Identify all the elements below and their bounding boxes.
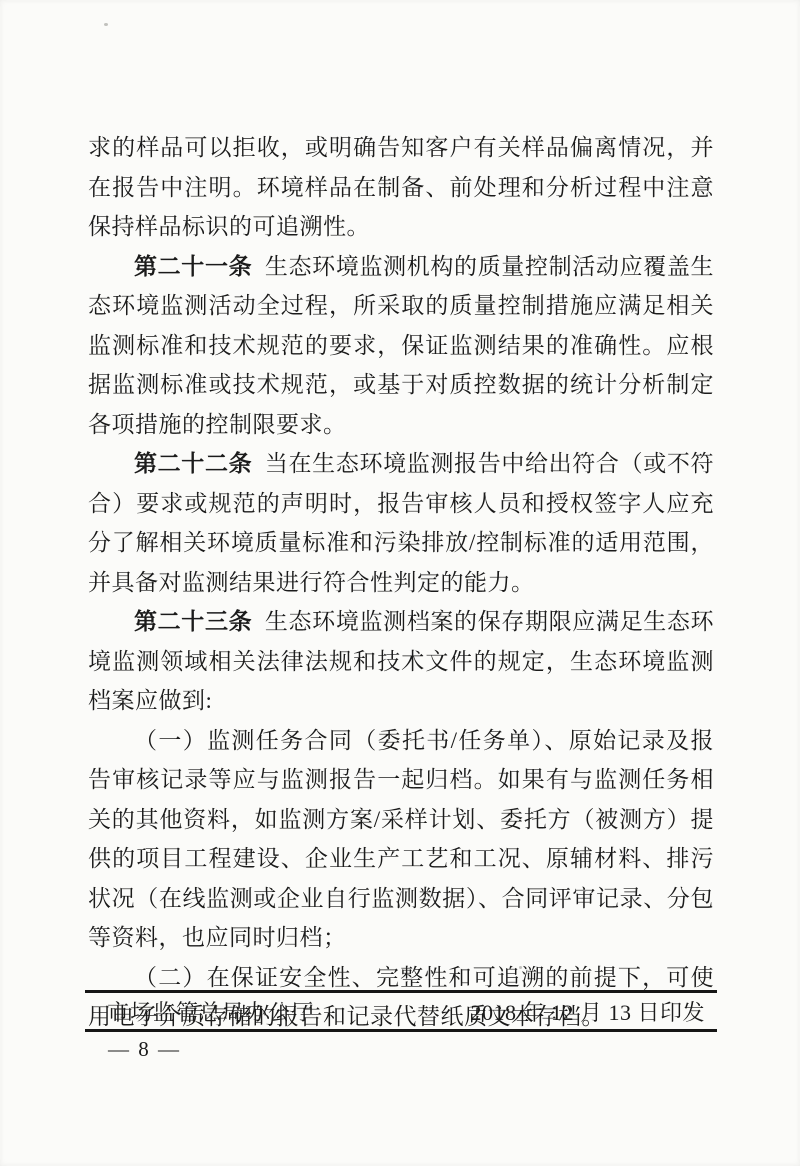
paragraph-article-23: 第二十三条生态环境监测档案的保存期限应满足生态环境监测领域相关法律法规和技术文件…	[88, 602, 714, 721]
footer-bottom-rule	[85, 1029, 717, 1032]
page-footer: 市场监管总局办公厅 2018 年 12 月 13 日印发	[85, 990, 717, 1032]
paragraph-text: 求的样品可以拒收，或明确告知客户有关样品偏离情况，并在报告中注明。环境样品在制备…	[88, 135, 714, 239]
footer-issuer: 市场监管总局办公厅	[107, 996, 314, 1027]
paragraph-article-22: 第二十二条当在生态环境监测报告中给出符合（或不符合）要求或规范的声明时，报告审核…	[88, 444, 714, 602]
paragraph-item-1: （一）监测任务合同（委托书/任务单）、原始记录及报告审核记录等应与监测报告一起归…	[88, 721, 714, 958]
page-number: — 8 —	[108, 1037, 181, 1062]
paragraph-text: 生态环境监测机构的质量控制活动应覆盖生态环境监测活动全过程，所采取的质量控制措施…	[88, 254, 714, 437]
footer-issue-date: 2018 年 12 月 13 日印发	[470, 996, 705, 1027]
paragraph-text: （一）监测任务合同（委托书/任务单）、原始记录及报告审核记录等应与监测报告一起归…	[88, 728, 714, 951]
article-number: 第二十一条	[134, 253, 252, 279]
footer-row: 市场监管总局办公厅 2018 年 12 月 13 日印发	[85, 993, 717, 1029]
paragraph-continuation: 求的样品可以拒收，或明确告知客户有关样品偏离情况，并在报告中注明。环境样品在制备…	[88, 128, 714, 247]
scan-speck	[104, 23, 108, 26]
paragraph-article-21: 第二十一条生态环境监测机构的质量控制活动应覆盖生态环境监测活动全过程，所采取的质…	[88, 247, 714, 445]
document-body: 求的样品可以拒收，或明确告知客户有关样品偏离情况，并在报告中注明。环境样品在制备…	[88, 128, 714, 1037]
document-page: 求的样品可以拒收，或明确告知客户有关样品偏离情况，并在报告中注明。环境样品在制备…	[0, 0, 800, 1166]
article-number: 第二十二条	[134, 450, 252, 476]
article-number: 第二十三条	[134, 608, 252, 634]
